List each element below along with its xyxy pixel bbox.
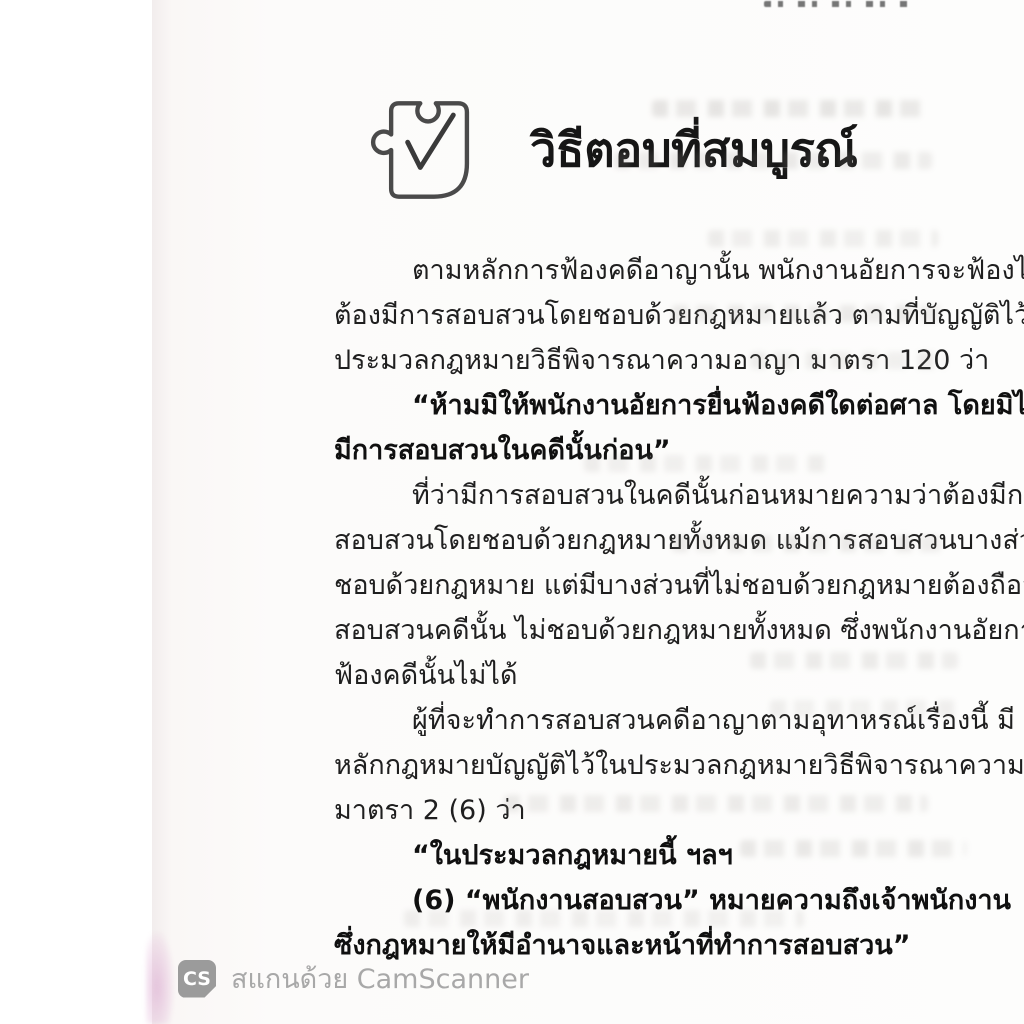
camscanner-watermark: CS สแกนด้วย CamScanner — [178, 957, 529, 1000]
bleedthrough-artifact — [652, 100, 932, 117]
camscanner-watermark-text: สแกนด้วย CamScanner — [231, 957, 529, 1000]
text-line: หลักกฎหมายบัญญัติไว้ในประมวลกฎหมายวิธีพิ… — [334, 743, 964, 788]
bleedthrough-artifact — [584, 455, 832, 472]
text-line: “ห้ามมิให้พนักงานอัยการยื่นฟ้องคดีใดต่อศ… — [334, 383, 964, 428]
text-line: สอบสวนคดีนั้น ไม่ชอบด้วยกฎหมายทั้งหมด ซึ… — [334, 608, 964, 653]
camscanner-logo-icon: CS — [178, 960, 216, 998]
bleedthrough-artifact — [504, 795, 928, 812]
bleedthrough-artifact — [770, 700, 956, 717]
cropped-header-fragment — [764, 1, 914, 7]
paragraph: ผู้ที่จะทำการสอบสวนคดีอาญาตามอุทาหรณ์เรื… — [334, 698, 964, 833]
bleedthrough-artifact — [750, 652, 958, 669]
text-line: ตามหลักการฟ้องคดีอาญานั้น พนักงานอัยการจ… — [334, 248, 964, 293]
scanned-page-canvas: วิธีตอบที่สมบูรณ์ ตามหลักการฟ้องคดีอาญาน… — [0, 0, 1024, 1024]
document-page: วิธีตอบที่สมบูรณ์ ตามหลักการฟ้องคดีอาญาน… — [152, 0, 1024, 1024]
bleedthrough-artifact — [750, 352, 946, 369]
bleedthrough-artifact — [614, 152, 932, 169]
text-line: ที่ว่ามีการสอบสวนในคดีนั้นก่อนหมายความว่… — [334, 473, 964, 518]
bleedthrough-artifact — [708, 230, 938, 247]
scan-artifact-smudge — [146, 932, 174, 1024]
bleedthrough-artifact — [672, 305, 940, 322]
bleedthrough-artifact — [740, 840, 966, 857]
bleedthrough-artifact — [404, 910, 804, 927]
puzzle-check-icon — [362, 82, 498, 218]
text-line: ชอบด้วยกฎหมาย แต่มีบางส่วนที่ไม่ชอบด้วยก… — [334, 563, 964, 608]
bleedthrough-artifact — [672, 535, 946, 552]
